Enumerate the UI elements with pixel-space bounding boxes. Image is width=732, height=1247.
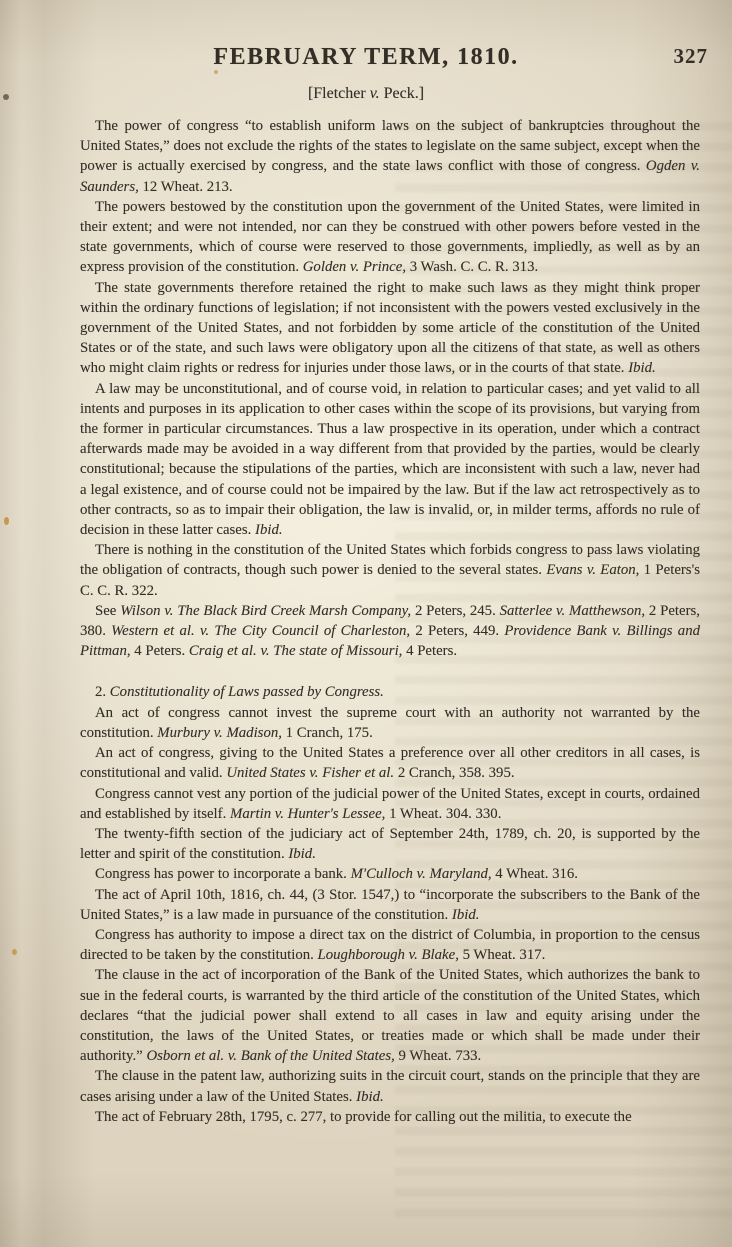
case-citation: Evans v. Eaton, bbox=[546, 562, 639, 578]
paragraph: The act of February 28th, 1795, c. 277, … bbox=[80, 1107, 700, 1127]
case-citation: United States v. Fisher et al. bbox=[226, 765, 394, 781]
case-citation: Western et al. v. The City Council of Ch… bbox=[111, 623, 410, 639]
page-number: 327 bbox=[674, 44, 709, 69]
text-run: 1 Wheat. 304. 330. bbox=[385, 806, 501, 822]
paragraph: An act of congress, giving to the United… bbox=[80, 743, 700, 783]
text-run: 2 Cranch, 358. 395. bbox=[394, 765, 514, 781]
case-caption: [Fletcher v. Peck.] bbox=[0, 85, 732, 103]
case-citation: Murbury v. Madison, bbox=[157, 725, 282, 741]
case-citation: Constitutionality of Laws passed by Cong… bbox=[110, 684, 384, 700]
text-run: 4 Peters. bbox=[402, 643, 457, 659]
paragraph: The powers bestowed by the constitution … bbox=[80, 197, 700, 278]
text-run: 5 Wheat. 317. bbox=[459, 947, 545, 963]
text-run: 2. bbox=[95, 684, 110, 700]
case-citation: Ibid. bbox=[255, 522, 283, 538]
case-citation: Ibid. bbox=[356, 1089, 384, 1105]
paragraph: The clause in the patent law, authorizin… bbox=[80, 1066, 700, 1106]
text-run: Congress has power to incorporate a bank… bbox=[95, 866, 351, 882]
text-run: See bbox=[95, 603, 120, 619]
case-citation: Martin v. Hunter's Lessee, bbox=[230, 806, 385, 822]
text-run: The power of congress “to establish unif… bbox=[80, 118, 700, 174]
paragraph: Congress has power to incorporate a bank… bbox=[80, 864, 700, 884]
case-citation: v. bbox=[370, 85, 380, 102]
text-run: 1 Cranch, 175. bbox=[282, 725, 373, 741]
section-heading: 2. Constitutionality of Laws passed by C… bbox=[80, 682, 700, 702]
paragraph: A law may be unconstitutional, and of co… bbox=[80, 379, 700, 541]
scanned-page: FEBRUARY TERM, 1810. 327 [Fletcher v. Pe… bbox=[0, 0, 732, 1247]
text-run: The clause in the patent law, authorizin… bbox=[80, 1068, 700, 1104]
paper-speck bbox=[4, 517, 9, 525]
paragraph: There is nothing in the constitution of … bbox=[80, 540, 700, 601]
case-citation: Craig et al. v. The state of Missouri, bbox=[189, 643, 402, 659]
text-run: 9 Wheat. 733. bbox=[395, 1048, 481, 1064]
case-citation: Ibid. bbox=[288, 846, 316, 862]
text-run: 3 Wash. C. C. R. 313. bbox=[406, 259, 538, 275]
paper-speck bbox=[12, 949, 17, 955]
case-citation: Osborn et al. v. Bank of the United Stat… bbox=[146, 1048, 394, 1064]
paragraph: The clause in the act of incorporation o… bbox=[80, 965, 700, 1066]
running-head-title: FEBRUARY TERM, 1810. bbox=[0, 44, 732, 71]
text-run: 4 Peters. bbox=[131, 643, 189, 659]
case-citation: Wilson v. The Black Bird Creek Marsh Com… bbox=[120, 603, 411, 619]
text-run: 2 Peters, 449. bbox=[410, 623, 504, 639]
paragraph: Congress has authority to impose a direc… bbox=[80, 925, 700, 965]
text-run: 4 Wheat. 316. bbox=[492, 866, 578, 882]
case-citation: Ibid. bbox=[628, 360, 656, 376]
text-run: The twenty-fifth section of the judiciar… bbox=[80, 826, 700, 862]
paragraph: See Wilson v. The Black Bird Creek Marsh… bbox=[80, 601, 700, 662]
text-run: Peck.] bbox=[380, 85, 424, 102]
text-run: The act of February 28th, 1795, c. 277, … bbox=[95, 1109, 632, 1125]
paragraph: The act of April 10th, 1816, ch. 44, (3 … bbox=[80, 885, 700, 925]
text-run: The act of April 10th, 1816, ch. 44, (3 … bbox=[80, 887, 700, 923]
text-run: The state governments therefore retained… bbox=[80, 280, 700, 377]
paragraph: The state governments therefore retained… bbox=[80, 278, 700, 379]
text-run: 2 Peters, 245. bbox=[411, 603, 499, 619]
text-run: [Fletcher bbox=[308, 85, 370, 102]
text-run: A law may be unconstitutional, and of co… bbox=[80, 381, 700, 538]
paragraph: The power of congress “to establish unif… bbox=[80, 116, 700, 197]
body-text: The power of congress “to establish unif… bbox=[80, 116, 700, 1127]
case-citation: Ibid. bbox=[452, 907, 480, 923]
paragraph: The twenty-fifth section of the judiciar… bbox=[80, 824, 700, 864]
case-citation: M'Culloch v. Maryland, bbox=[351, 866, 492, 882]
case-citation: Golden v. Prince, bbox=[303, 259, 406, 275]
case-citation: Loughborough v. Blake, bbox=[318, 947, 459, 963]
paragraph: An act of congress cannot invest the sup… bbox=[80, 703, 700, 743]
paragraph: Congress cannot vest any portion of the … bbox=[80, 784, 700, 824]
text-run: 12 Wheat. 213. bbox=[139, 179, 233, 195]
case-citation: Satterlee v. Matthewson, bbox=[500, 603, 645, 619]
page-header: FEBRUARY TERM, 1810. 327 bbox=[0, 0, 732, 71]
